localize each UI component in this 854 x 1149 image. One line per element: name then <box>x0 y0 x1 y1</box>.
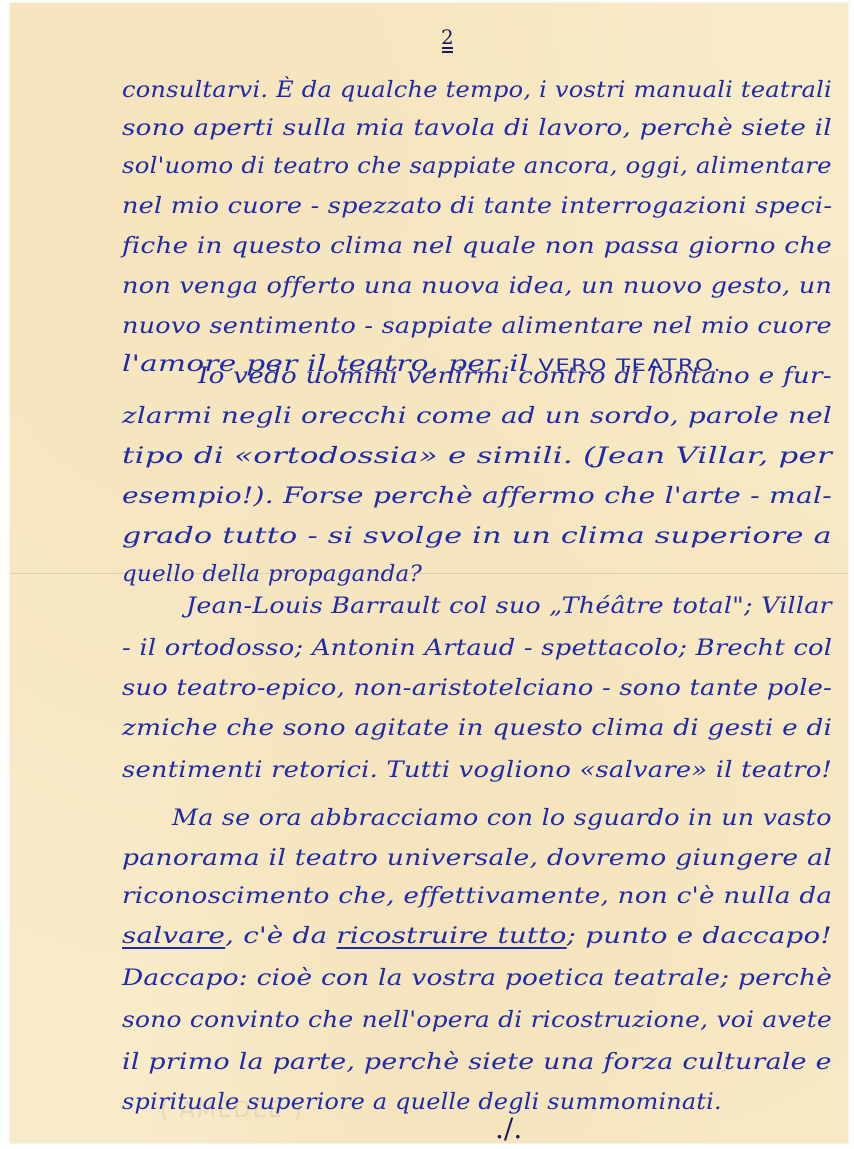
handwritten-line: Jean-Louis Barrault col suo „Théâtre tot… <box>186 594 832 619</box>
line-text: Jean-Louis Barrault col suo „Théâtre tot… <box>186 594 832 619</box>
handwritten-line: esempio!). Forse perchè affermo che l'ar… <box>122 484 832 509</box>
line-text: sentimenti retorici. Tutti vogliono «sal… <box>122 758 832 783</box>
handwritten-line: nel mio cuore - spezzato di tante interr… <box>122 194 832 219</box>
line-text: spirituale superiore a quelle degli summ… <box>122 1090 722 1115</box>
line-text: ricostruire tutto <box>336 924 566 949</box>
handwritten-line: sono convinto che nell'opera di ricostru… <box>122 1008 832 1033</box>
line-text: fiche in questo clima nel quale non pass… <box>122 234 832 259</box>
line-text: zlarmi negli orecchi come ad un sordo, p… <box>122 404 832 429</box>
line-text: non venga offerto una nuova idea, un nuo… <box>122 274 832 299</box>
handwritten-line: - il ortodosso; Antonin Artaud - spettac… <box>122 636 832 661</box>
line-text: sono convinto che nell'opera di ricostru… <box>122 1008 832 1033</box>
line-text: Ma se ora abbracciamo con lo sguardo in … <box>172 806 832 831</box>
handwritten-line: panorama il teatro universale, dovremo g… <box>122 846 832 871</box>
handwritten-line: sentimenti retorici. Tutti vogliono «sal… <box>122 758 832 783</box>
line-text: zmiche che sono agitate in questo clima … <box>122 716 832 741</box>
page-number: 2 <box>441 30 454 53</box>
handwritten-line: sono aperti sulla mia tavola di lavoro, … <box>122 116 832 141</box>
handwritten-line: suo teatro-epico, non-aristotelciano - s… <box>122 676 832 701</box>
line-text: , c'è da <box>225 924 336 949</box>
line-text: salvare <box>122 924 225 949</box>
handwritten-line: non venga offerto una nuova idea, un nuo… <box>122 274 832 299</box>
handwritten-line: Daccapo: cioè con la vostra poetica teat… <box>122 966 832 991</box>
handwritten-line: zlarmi negli orecchi come ad un sordo, p… <box>122 404 832 429</box>
page-number-text: 2 <box>441 25 454 49</box>
handwritten-line: Ma se ora abbracciamo con lo sguardo in … <box>172 806 832 831</box>
line-text: tipo di «ortodossia» e simili. (Jean Vil… <box>122 444 832 469</box>
handwritten-line: riconoscimento che, effettivamente, non … <box>122 884 832 909</box>
handwritten-line: salvare, c'è da ricostruire tutto; punto… <box>122 924 832 949</box>
handwritten-line: consultarvi. È da qualche tempo, i vostr… <box>122 78 832 103</box>
handwritten-line: sol'uomo di teatro che sappiate ancora, … <box>122 154 832 179</box>
line-text: grado tutto - si svolge in un clima supe… <box>122 524 832 549</box>
line-text: esempio!). Forse perchè affermo che l'ar… <box>122 484 832 509</box>
handwritten-line: quello della propaganda? <box>122 562 422 587</box>
line-text: quello della propaganda? <box>122 562 422 587</box>
line-text: sol'uomo di teatro che sappiate ancora, … <box>122 154 832 179</box>
line-text: consultarvi. È da qualche tempo, i vostr… <box>122 78 832 103</box>
continuation-mark: ./. <box>495 1112 522 1145</box>
line-text: nuovo sentimento - sappiate alimentare n… <box>122 314 832 339</box>
line-text: riconoscimento che, effettivamente, non … <box>122 884 832 909</box>
handwritten-line: spirituale superiore a quelle degli summ… <box>122 1090 722 1115</box>
handwritten-line: Io vedo uomini venirmi contro di lontano… <box>198 364 832 389</box>
line-text: Io vedo uomini venirmi contro di lontano… <box>198 364 832 389</box>
handwritten-line: grado tutto - si svolge in un clima supe… <box>122 524 832 549</box>
line-text: nel mio cuore - spezzato di tante interr… <box>122 194 832 219</box>
line-text: il primo la parte, perchè siete una forz… <box>122 1050 832 1075</box>
handwritten-line: tipo di «ortodossia» e simili. (Jean Vil… <box>122 444 832 469</box>
line-text: ; punto e daccapo! <box>567 924 832 949</box>
handwritten-line: zmiche che sono agitate in questo clima … <box>122 716 832 741</box>
line-text: - il ortodosso; Antonin Artaud - spettac… <box>122 636 832 661</box>
handwritten-line: nuovo sentimento - sappiate alimentare n… <box>122 314 832 339</box>
handwritten-line: fiche in questo clima nel quale non pass… <box>122 234 832 259</box>
line-text: suo teatro-epico, non-aristotelciano - s… <box>122 676 832 701</box>
line-text: panorama il teatro universale, dovremo g… <box>122 846 832 871</box>
line-text: sono aperti sulla mia tavola di lavoro, … <box>122 116 832 141</box>
handwritten-line: il primo la parte, perchè siete una forz… <box>122 1050 832 1075</box>
line-text: Daccapo: cioè con la vostra poetica teat… <box>122 966 832 991</box>
